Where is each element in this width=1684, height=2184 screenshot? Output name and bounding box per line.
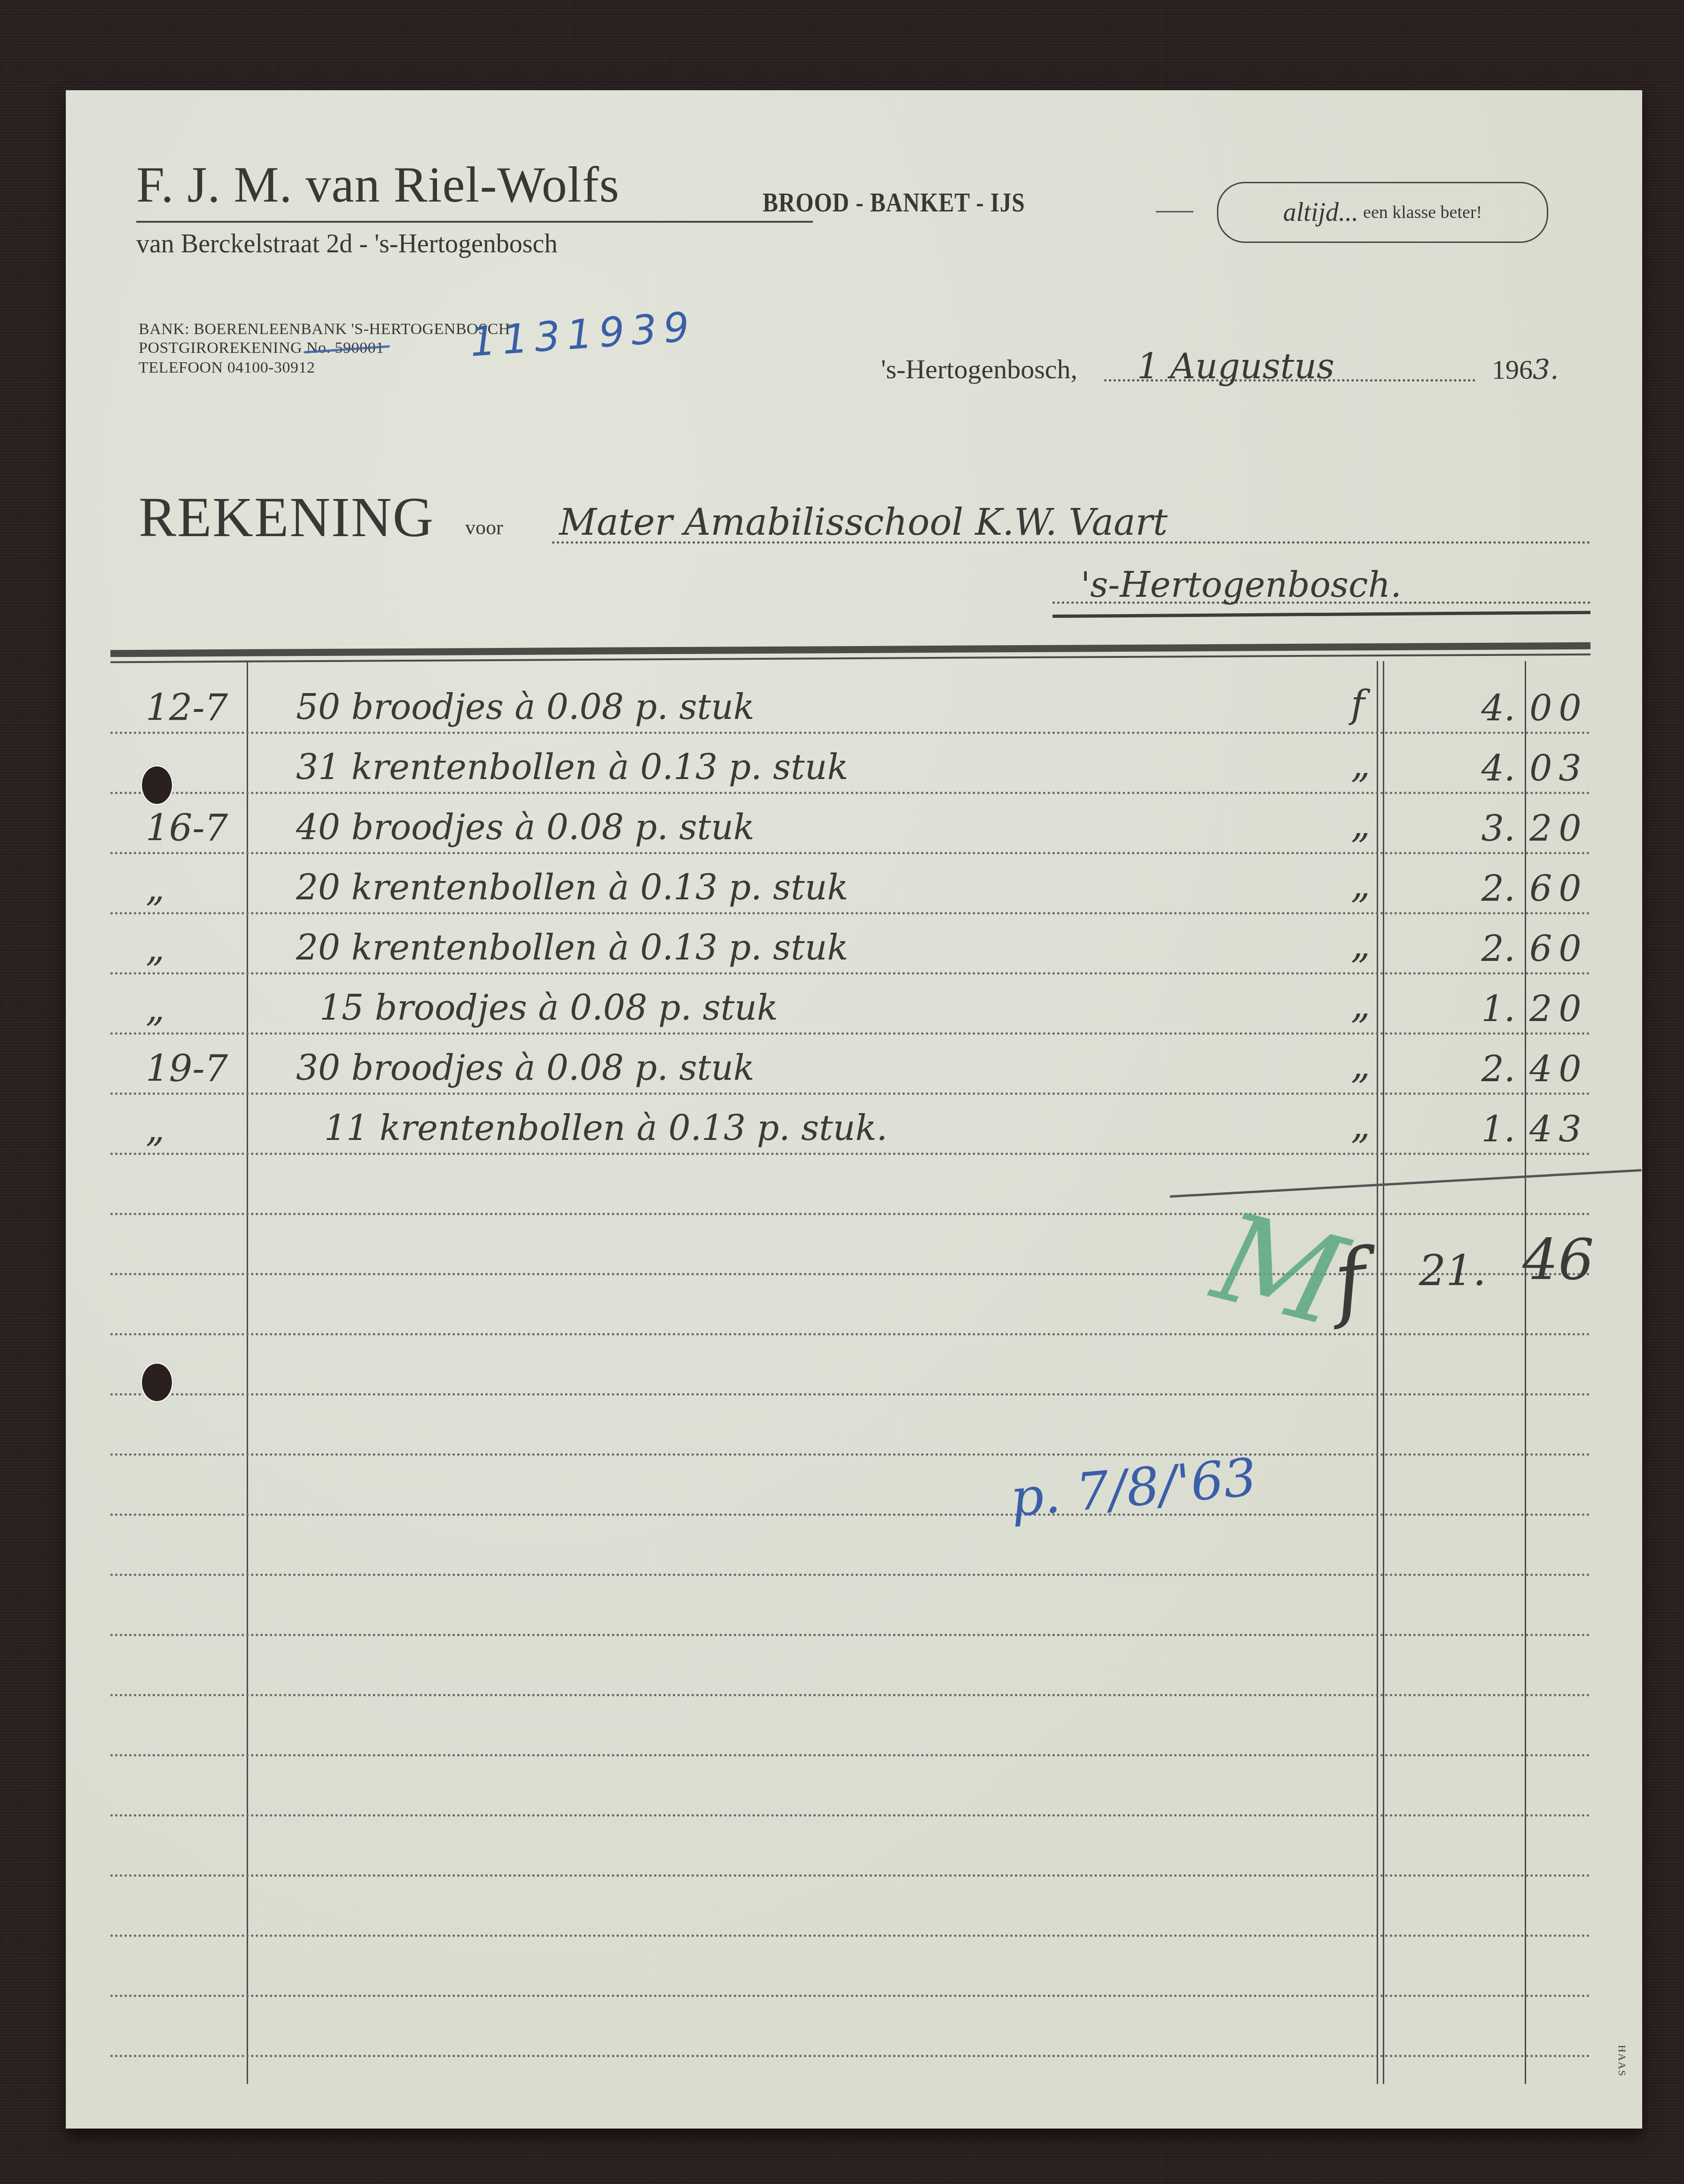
invoice-paper: F. J. M. van Riel-Wolfs van Berckelstraa… xyxy=(66,90,1642,2129)
item-guilders: 1. xyxy=(1407,1108,1515,1150)
company-name-underline xyxy=(136,221,813,223)
amount-column-divider-a xyxy=(1377,661,1378,2084)
total-currency-symbol: f xyxy=(1329,1231,1371,1332)
item-date: 16-7 xyxy=(146,807,228,850)
dotted-row-line xyxy=(110,912,1590,914)
item-description: 20 krentenbollen à 0.13 p. stuk xyxy=(296,867,848,908)
dotted-row-line xyxy=(110,792,1590,794)
item-guilders: 3. xyxy=(1407,807,1515,849)
dotted-row-line xyxy=(110,1092,1590,1095)
dotted-row-line xyxy=(110,1574,1590,1576)
products-tagline: BROOD - BANKET - IJS xyxy=(763,187,1025,218)
item-currency: „ xyxy=(1351,983,1370,1027)
cents-column-divider xyxy=(1525,661,1526,2084)
item-description: 11 krentenbollen à 0.13 p. stuk. xyxy=(324,1108,888,1148)
for-label: voor xyxy=(465,515,503,539)
dotted-row-line xyxy=(110,1814,1590,1817)
item-currency: f xyxy=(1351,682,1365,726)
item-guilders: 2. xyxy=(1407,867,1515,909)
dotted-row-line xyxy=(110,1934,1590,1937)
item-cents: 00 xyxy=(1529,687,1588,729)
recipient-name: Mater Amabilisschool K.W. Vaart xyxy=(559,501,1168,544)
giro-new-number-handwritten: 1131939 xyxy=(468,303,697,366)
item-guilders: 1. xyxy=(1407,988,1515,1030)
item-guilders: 2. xyxy=(1407,928,1515,969)
item-guilders: 4. xyxy=(1407,747,1515,789)
item-date: 19-7 xyxy=(146,1048,228,1090)
item-cents: 03 xyxy=(1529,747,1588,789)
item-guilders: 4. xyxy=(1407,687,1515,729)
slogan-badge: altijd... een klasse beter! xyxy=(1217,182,1548,243)
item-date: 12-7 xyxy=(146,687,228,729)
item-description: 40 broodjes à 0.08 p. stuk xyxy=(296,807,755,848)
dotted-row-line xyxy=(110,852,1590,854)
item-guilders: 2. xyxy=(1407,1048,1515,1090)
tagline-dash xyxy=(1156,211,1193,212)
phone-info: TELEFOON 04100-30912 xyxy=(139,359,315,377)
item-currency: „ xyxy=(1351,742,1370,786)
item-currency: „ xyxy=(1351,1103,1370,1147)
year-prefix: 196 xyxy=(1492,354,1533,385)
date-year: 1963. xyxy=(1492,353,1559,385)
item-currency: „ xyxy=(1351,863,1370,906)
dotted-row-line xyxy=(110,1694,1590,1696)
dotted-row-line xyxy=(110,1513,1590,1516)
recipient-city: 's-Hertogenbosch. xyxy=(1081,565,1402,605)
item-description: 20 krentenbollen à 0.13 p. stuk xyxy=(296,928,848,968)
dotted-row-line xyxy=(110,1995,1590,1997)
dotted-row-line xyxy=(110,1874,1590,1877)
total-cents: 46 xyxy=(1522,1227,1594,1293)
dotted-row-line xyxy=(110,1634,1590,1636)
dotted-row-line xyxy=(110,1213,1590,1215)
date-place: 's-Hertogenbosch, xyxy=(881,353,1077,385)
item-cents: 40 xyxy=(1529,1048,1588,1090)
item-description: 31 krentenbollen à 0.13 p. stuk xyxy=(296,747,848,788)
item-date: „ xyxy=(146,928,164,970)
date-column-divider xyxy=(247,661,248,2084)
item-currency: „ xyxy=(1351,803,1370,846)
company-address: van Berckelstraat 2d - 's-Hertogenbosch xyxy=(136,229,557,259)
giro-old-number: No. 590001 xyxy=(306,339,384,357)
dotted-row-line xyxy=(110,1153,1590,1155)
punch-hole-bottom xyxy=(140,1362,174,1403)
item-date: „ xyxy=(146,867,164,910)
year-suffix: 3. xyxy=(1533,353,1559,385)
item-cents: 20 xyxy=(1529,807,1588,849)
total-guilders: 21. xyxy=(1419,1246,1486,1295)
dotted-row-line xyxy=(110,1333,1590,1335)
item-description: 30 broodjes à 0.08 p. stuk xyxy=(296,1048,755,1088)
giro-info: POSTGIROREKENING No. 590001 xyxy=(139,339,384,357)
slogan-rest: een klasse beter! xyxy=(1363,202,1482,223)
item-description: 50 broodjes à 0.08 p. stuk xyxy=(296,687,755,727)
dotted-row-line xyxy=(110,1393,1590,1396)
dotted-row-line xyxy=(110,1273,1590,1275)
amount-column-divider-b xyxy=(1383,661,1384,2084)
punch-hole-top xyxy=(140,764,174,806)
company-name: F. J. M. van Riel-Wolfs xyxy=(136,156,620,214)
item-cents: 20 xyxy=(1529,988,1588,1030)
giro-label: POSTGIROREKENING xyxy=(139,339,306,357)
dotted-row-line xyxy=(110,1032,1590,1035)
date-handwritten: 1 Augustus xyxy=(1137,346,1334,387)
dotted-row-line xyxy=(110,972,1590,975)
item-cents: 43 xyxy=(1529,1108,1588,1150)
recipient-city-underline xyxy=(1052,611,1590,618)
item-description: 15 broodjes à 0.08 p. stuk xyxy=(320,988,778,1028)
printer-imprint: HAAS xyxy=(1616,2045,1628,2077)
dotted-row-line xyxy=(110,732,1590,734)
bank-info: BANK: BOERENLEENBANK 'S-HERTOGENBOSCH xyxy=(139,320,510,338)
item-cents: 60 xyxy=(1529,928,1588,969)
dotted-row-line xyxy=(110,2055,1590,2057)
invoice-title: REKENING xyxy=(139,485,434,550)
item-date: „ xyxy=(146,988,164,1030)
paid-date-note: p. 7/8/'63 xyxy=(1008,1447,1259,1528)
item-cents: 60 xyxy=(1529,867,1588,909)
slogan-main: altijd... xyxy=(1283,197,1358,227)
item-currency: „ xyxy=(1351,923,1370,967)
item-currency: „ xyxy=(1351,1043,1370,1087)
dotted-row-line xyxy=(110,1453,1590,1456)
dotted-row-line xyxy=(110,1754,1590,1756)
item-date: „ xyxy=(146,1108,164,1150)
